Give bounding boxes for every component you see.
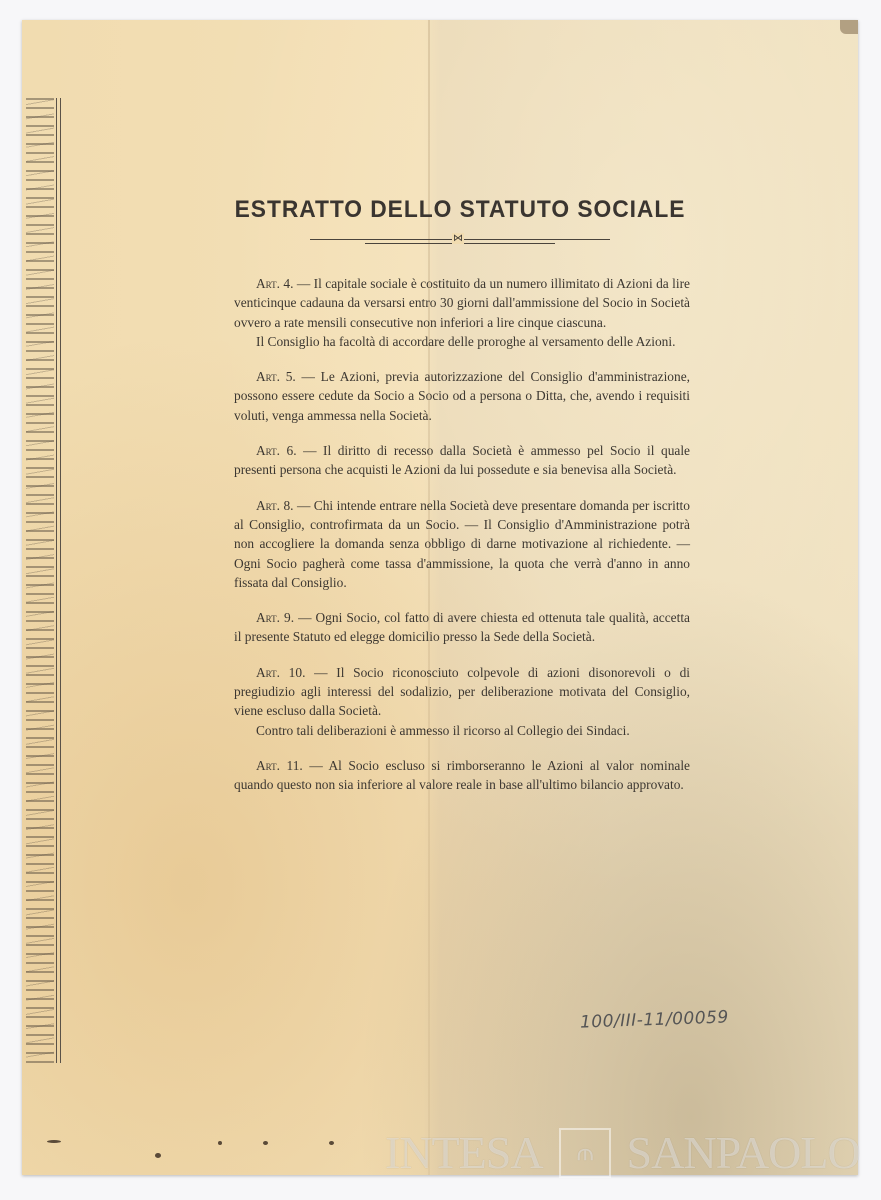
paper-speck [47, 1140, 61, 1143]
article: Art. 10. — Il Socio riconosciuto colpevo… [234, 663, 690, 740]
article: Art. 4. — Il capitale sociale è costitui… [234, 274, 690, 351]
article: Art. 6. — Il diritto di recesso dalla So… [234, 441, 690, 480]
watermark-right: SANPAOLO [627, 1128, 860, 1178]
article-paragraph: Contro tali deliberazioni è ammesso il r… [234, 721, 690, 740]
article-label: Art. 6. [256, 443, 297, 458]
article-text: Contro tali deliberazioni è ammesso il r… [256, 723, 630, 738]
article-label: Art. 11. [256, 758, 303, 773]
article-paragraph: Art. 6. — Il diritto di recesso dalla So… [234, 441, 690, 480]
article-label: Art. 8. [256, 498, 293, 513]
decorative-border-icon [26, 98, 54, 1063]
article-text: — Il diritto di recesso dalla Società è … [234, 443, 690, 477]
bank-logo-icon: ⫙ [559, 1128, 611, 1178]
corner-stain [840, 20, 858, 34]
document-title: ESTRATTO DELLO STATUTO SOCIALE [213, 196, 707, 224]
title-ornament: ⋈ [310, 236, 610, 246]
paper-speck [329, 1141, 334, 1145]
article-label: Art. 4. [256, 276, 293, 291]
article: Art. 5. — Le Azioni, previa autorizzazio… [234, 367, 690, 425]
article: Art. 8. — Chi intende entrare nella Soci… [234, 496, 690, 592]
watermark-left: INTESA [385, 1128, 543, 1178]
article-text: — Le Azioni, previa autorizzazione del C… [234, 369, 690, 423]
article: Art. 11. — Al Socio escluso si rimborser… [234, 756, 690, 795]
paper-speck [218, 1141, 222, 1145]
article-paragraph: Art. 5. — Le Azioni, previa autorizzazio… [234, 367, 690, 425]
watermark: INTESA ⫙ SANPAOLO [385, 1128, 865, 1178]
article-text: — Il capitale sociale è costituito da un… [234, 276, 690, 330]
article-text: — Chi intende entrare nella Società deve… [234, 498, 690, 590]
articles-body: Art. 4. — Il capitale sociale è costitui… [234, 274, 690, 811]
article: Art. 9. — Ogni Socio, col fatto di avere… [234, 608, 690, 647]
article-text: — Al Socio escluso si rimborseranno le A… [234, 758, 690, 792]
article-paragraph: Il Consiglio ha facoltà di accordare del… [234, 332, 690, 351]
article-paragraph: Art. 10. — Il Socio riconosciuto colpevo… [234, 663, 690, 721]
article-label: Art. 5. [256, 369, 296, 384]
paper-speck [263, 1141, 268, 1145]
article-paragraph: Art. 11. — Al Socio escluso si rimborser… [234, 756, 690, 795]
article-text: Il Consiglio ha facoltà di accordare del… [256, 334, 675, 349]
article-paragraph: Art. 4. — Il capitale sociale è costitui… [234, 274, 690, 332]
ornament-icon: ⋈ [452, 233, 464, 244]
paper-speck [155, 1153, 161, 1158]
article-text: — Ogni Socio, col fatto di avere chiesta… [234, 610, 690, 644]
article-paragraph: Art. 8. — Chi intende entrare nella Soci… [234, 496, 690, 592]
article-paragraph: Art. 9. — Ogni Socio, col fatto di avere… [234, 608, 690, 647]
border-rule [56, 98, 61, 1063]
article-label: Art. 10. [256, 665, 305, 680]
article-label: Art. 9. [256, 610, 294, 625]
